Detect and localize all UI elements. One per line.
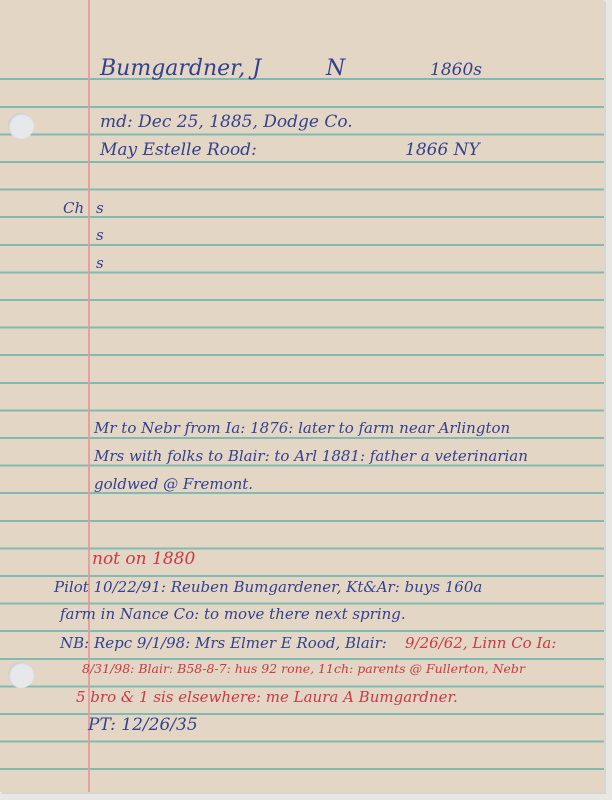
red-line-2: 5 bro & 1 sis elsewhere: me Laura A Bumg…: [76, 688, 458, 706]
binder-hole-bottom: [8, 662, 34, 688]
red-annotation: not on 1880: [92, 549, 195, 569]
note-line: Mr to Nebr from Ia: 1876: later to farm …: [94, 419, 510, 437]
nb-line-red: 9/26/62, Linn Co Ia:: [405, 634, 556, 652]
children-label: Ch: [63, 199, 84, 217]
pt-line: PT: 12/26/35: [88, 715, 198, 735]
binder-hole-top: [8, 113, 34, 139]
nb-line-blue: NB: Repc 9/1/98: Mrs Elmer E Rood, Blair…: [60, 634, 387, 652]
child-entry: s: [96, 226, 104, 244]
spouse-name: May Estelle Rood:: [100, 140, 257, 160]
pilot-line-1: Pilot 10/22/91: Reuben Bumgardener, Kt&A…: [54, 578, 482, 596]
child-entry: s: [96, 254, 104, 272]
child-entry: s: [96, 199, 104, 217]
pilot-line-2: farm in Nance Co: to move there next spr…: [60, 605, 406, 623]
middle-initial: N: [326, 56, 345, 81]
top-margin: [0, 0, 604, 78]
note-line: Mrs with folks to Blair: to Arl 1881: fa…: [94, 447, 528, 465]
lined-paper-page: Bumgardner, J N 1860s md: Dec 25, 1885, …: [0, 0, 604, 792]
birth-year: 1860s: [430, 60, 482, 80]
note-line: goldwed @ Fremont.: [94, 475, 253, 493]
red-line-1: 8/31/98: Blair: B58-8-7: hus 92 rone, 11…: [82, 661, 525, 676]
spouse-birth: 1866 NY: [405, 140, 480, 160]
surname-given: Bumgardner, J: [100, 56, 261, 81]
marriage-line: md: Dec 25, 1885, Dodge Co.: [100, 112, 353, 132]
